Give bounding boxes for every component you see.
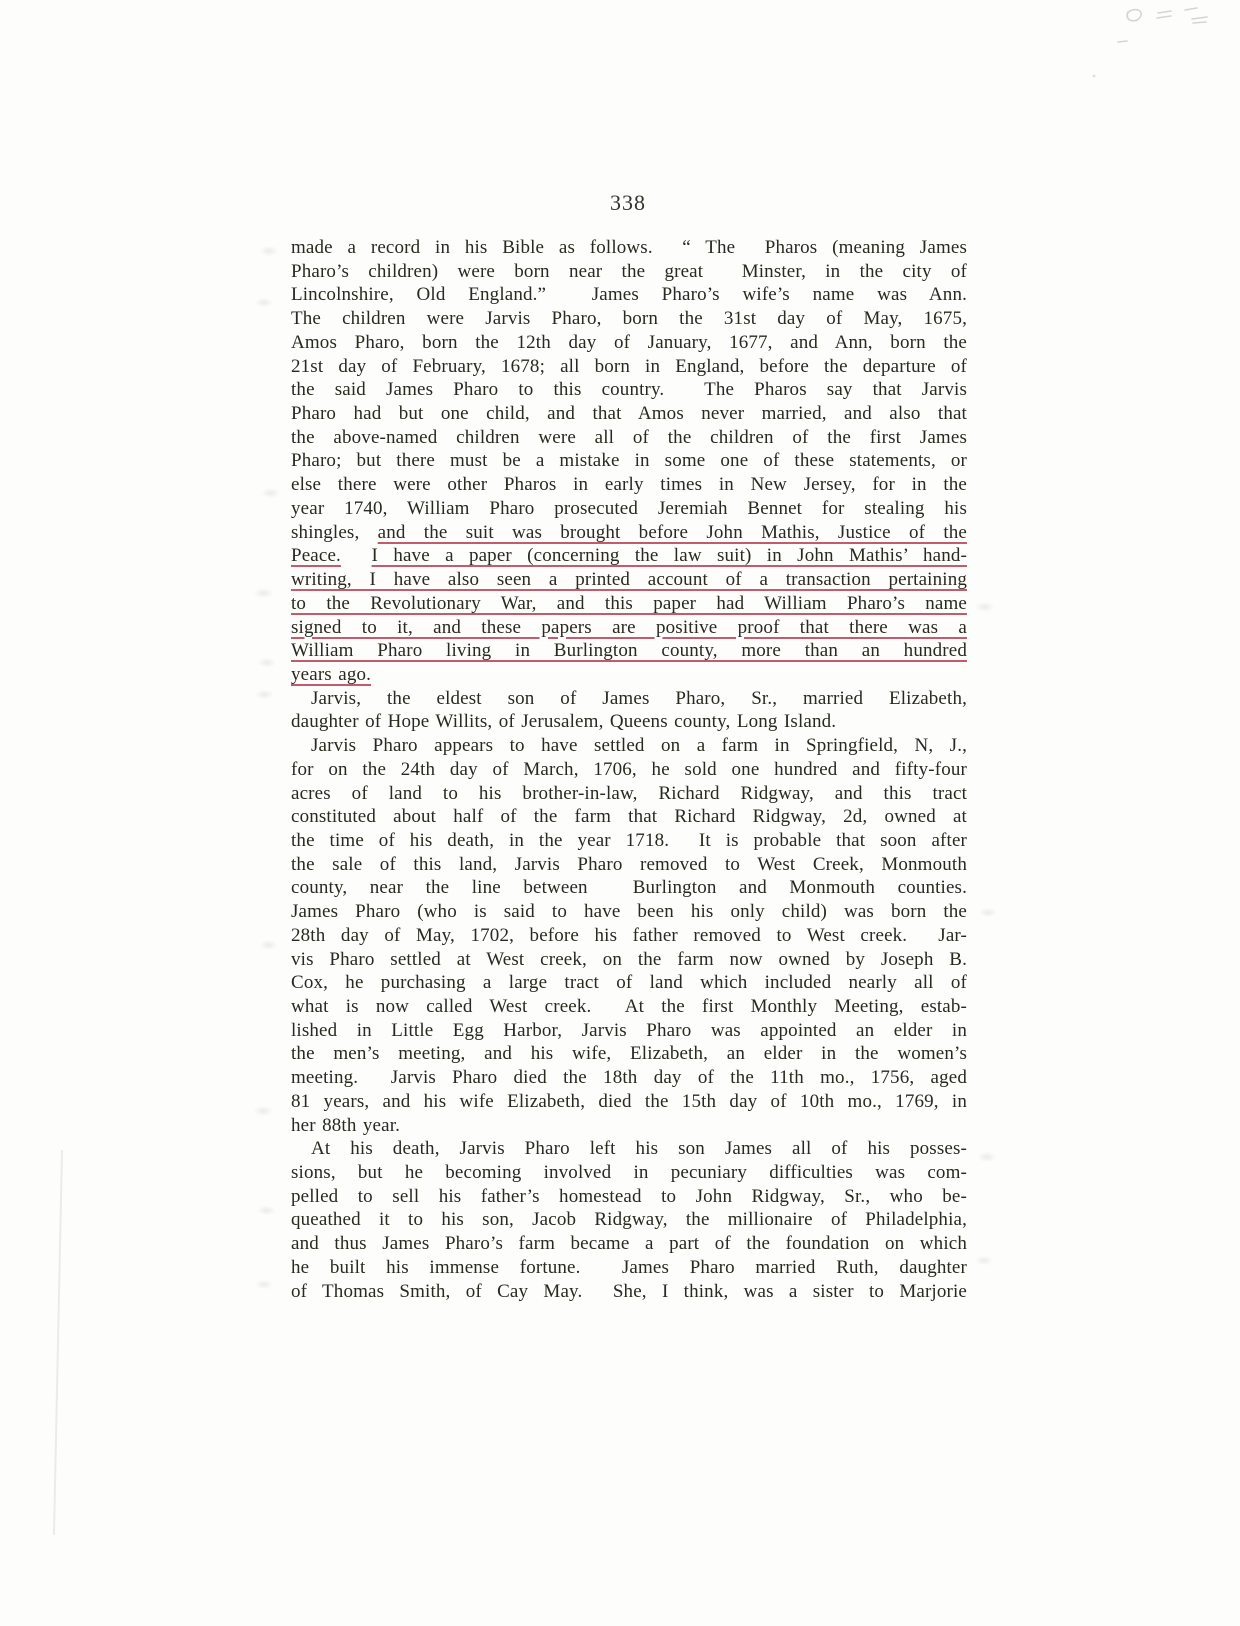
text-segment: daughter of Hope Willits, of Jerusalem, … — [291, 711, 836, 732]
scan-smudge — [256, 244, 282, 258]
text-segment: acres of land to his brother-in-law, Ric… — [291, 783, 967, 804]
text-segment: what is now called West creek. At the fi… — [291, 996, 967, 1017]
text-line: Pharo had but one child, and that Amos n… — [291, 402, 967, 426]
text-segment: Pharo had but one child, and that Amos n… — [291, 403, 967, 424]
text-line: constituted about half of the farm that … — [291, 805, 967, 829]
text-line: the sale of this land, Jarvis Pharo remo… — [291, 853, 967, 877]
text-segment: 81 years, and his wife Elizabeth, died t… — [291, 1091, 967, 1112]
text-line: made a record in his Bible as follows. “… — [291, 236, 967, 260]
text-line: the said James Pharo to this country. Th… — [291, 378, 967, 402]
text-line: acres of land to his brother-in-law, Ric… — [291, 782, 967, 806]
page-text: made a record in his Bible as follows. “… — [291, 236, 967, 1303]
text-line: 28th day of May, 1702, before his father… — [291, 924, 967, 948]
scan-smudge — [255, 656, 279, 669]
text-segment: made a record in his Bible as follows. “… — [291, 237, 967, 258]
text-line: county, near the line between Burlington… — [291, 876, 967, 900]
underlined-text: signed to it, and these papers are posit… — [291, 617, 967, 638]
text-segment: queathed it to his son, Jacob Ridgway, t… — [291, 1209, 967, 1230]
text-segment: Pharo’s children) were born near the gre… — [291, 261, 967, 282]
text-segment: Jarvis, the eldest son of James Pharo, S… — [311, 688, 967, 709]
text-segment: constituted about half of the farm that … — [291, 806, 967, 827]
scan-smudge — [250, 1104, 276, 1118]
text-line: William Pharo living in Burlington count… — [291, 639, 967, 663]
text-segment: Lincolnshire, Old England.” James Pharo’… — [291, 284, 967, 305]
page-number: 338 — [290, 190, 966, 216]
text-segment: Pharo; but there must be a mistake in so… — [291, 450, 967, 471]
text-segment: lished in Little Egg Harbor, Jarvis Phar… — [291, 1020, 967, 1041]
underlined-text: to the Revolutionary War, and this paper… — [291, 593, 967, 614]
text-segment: county, near the line between Burlington… — [291, 877, 967, 898]
text-segment: the above-named children were all of the… — [291, 427, 967, 448]
text-line: writing, I have also seen a printed acco… — [291, 568, 967, 592]
text-segment: the time of his death, in the year 1718.… — [291, 830, 967, 851]
text-segment: Jarvis Pharo appears to have settled on … — [311, 735, 967, 756]
text-line: queathed it to his son, Jacob Ridgway, t… — [291, 1208, 967, 1232]
text-line: Pharo; but there must be a mistake in so… — [291, 449, 967, 473]
text-line: her 88th year. — [291, 1114, 967, 1138]
scan-smudge — [252, 1278, 276, 1291]
text-segment: pelled to sell his father’s homestead to… — [291, 1186, 967, 1207]
scan-smudge — [254, 1204, 279, 1217]
text-line: The children were Jarvis Pharo, born the… — [291, 307, 967, 331]
text-line: Lincolnshire, Old England.” James Pharo’… — [291, 283, 967, 307]
scan-smudge — [972, 600, 998, 614]
text-segment: the men’s meeting, and his wife, Elizabe… — [291, 1043, 967, 1064]
text-line: 21st day of February, 1678; all born in … — [291, 355, 967, 379]
text-line: and thus James Pharo’s farm became a par… — [291, 1232, 967, 1256]
text-segment: James Pharo (who is said to have been hi… — [291, 901, 967, 922]
text-segment: vis Pharo settled at West creek, on the … — [291, 949, 967, 970]
scan-smudge — [976, 906, 1000, 919]
text-line: Peace. I have a paper (concerning the la… — [291, 544, 967, 568]
text-line: year 1740, William Pharo prosecuted Jere… — [291, 497, 967, 521]
text-segment: for on the 24th day of March, 1706, he s… — [291, 759, 967, 780]
text-line: James Pharo (who is said to have been hi… — [291, 900, 967, 924]
scan-smudge — [258, 486, 283, 500]
scanned-book-page: 338 made a record in his Bible as follow… — [0, 0, 1240, 1626]
text-segment: of Thomas Smith, of Cay May. She, I thin… — [291, 1281, 967, 1302]
text-segment: the sale of this land, Jarvis Pharo remo… — [291, 854, 967, 875]
text-segment: sions, but he becoming involved in pecun… — [291, 1162, 967, 1183]
text-segment: and thus James Pharo’s farm became a par… — [291, 1233, 967, 1254]
text-line: else there were other Pharos in early ti… — [291, 473, 967, 497]
text-line: 81 years, and his wife Elizabeth, died t… — [291, 1090, 967, 1114]
text-line: sions, but he becoming involved in pecun… — [291, 1161, 967, 1185]
text-line: pelled to sell his father’s homestead to… — [291, 1185, 967, 1209]
text-segment: shingles, — [291, 522, 378, 543]
underlined-text: Peace. — [291, 545, 341, 566]
text-line: meeting. Jarvis Pharo died the 18th day … — [291, 1066, 967, 1090]
scan-smudge — [252, 688, 277, 701]
text-segment: The children were Jarvis Pharo, born the… — [291, 308, 967, 329]
text-segment: the said James Pharo to this country. Th… — [291, 379, 967, 400]
pencil-marks — [1020, 0, 1240, 140]
scan-smudge — [256, 938, 281, 952]
text-segment: her 88th year. — [291, 1115, 400, 1136]
text-segment — [341, 545, 372, 566]
underlined-text: William Pharo living in Burlington count… — [291, 640, 967, 661]
scan-smudge — [252, 296, 276, 309]
scan-smudge — [974, 1150, 1000, 1164]
text-line: Jarvis Pharo appears to have settled on … — [291, 734, 967, 758]
text-line: of Thomas Smith, of Cay May. She, I thin… — [291, 1280, 967, 1304]
text-line: Pharo’s children) were born near the gre… — [291, 260, 967, 284]
scan-smudge — [972, 1254, 996, 1267]
underlined-text: years ago. — [291, 664, 371, 685]
text-line: the time of his death, in the year 1718.… — [291, 829, 967, 853]
text-line: lished in Little Egg Harbor, Jarvis Phar… — [291, 1019, 967, 1043]
text-line: Jarvis, the eldest son of James Pharo, S… — [291, 687, 967, 711]
underlined-text: I have a paper (concerning the law suit)… — [372, 545, 967, 566]
text-segment: At his death, Jarvis Pharo left his son … — [311, 1138, 967, 1159]
text-line: for on the 24th day of March, 1706, he s… — [291, 758, 967, 782]
text-segment: 21st day of February, 1678; all born in … — [291, 356, 967, 377]
underlined-text: and the suit was brought before John Mat… — [378, 522, 967, 543]
text-line: Cox, he purchasing a large tract of land… — [291, 971, 967, 995]
text-segment: else there were other Pharos in early ti… — [291, 474, 967, 495]
scan-smudge — [250, 586, 277, 600]
text-segment: he built his immense fortune. James Phar… — [291, 1257, 967, 1278]
text-line: the men’s meeting, and his wife, Elizabe… — [291, 1042, 967, 1066]
text-line: the above-named children were all of the… — [291, 426, 967, 450]
text-segment: year 1740, William Pharo prosecuted Jere… — [291, 498, 967, 519]
scan-edge-artifact — [53, 1150, 63, 1535]
text-segment: meeting. Jarvis Pharo died the 18th day … — [291, 1067, 967, 1088]
text-line: daughter of Hope Willits, of Jerusalem, … — [291, 710, 967, 734]
text-segment: Cox, he purchasing a large tract of land… — [291, 972, 967, 993]
text-line: vis Pharo settled at West creek, on the … — [291, 948, 967, 972]
text-line: signed to it, and these papers are posit… — [291, 616, 967, 640]
text-line: At his death, Jarvis Pharo left his son … — [291, 1137, 967, 1161]
text-segment: Amos Pharo, born the 12th day of January… — [291, 332, 967, 353]
text-line: to the Revolutionary War, and this paper… — [291, 592, 967, 616]
text-line: shingles, and the suit was brought befor… — [291, 521, 967, 545]
underlined-text: writing, I have also seen a printed acco… — [291, 569, 967, 590]
text-line: years ago. — [291, 663, 967, 687]
text-line: he built his immense fortune. James Phar… — [291, 1256, 967, 1280]
text-line: what is now called West creek. At the fi… — [291, 995, 967, 1019]
text-line: Amos Pharo, born the 12th day of January… — [291, 331, 967, 355]
text-segment: 28th day of May, 1702, before his father… — [291, 925, 967, 946]
